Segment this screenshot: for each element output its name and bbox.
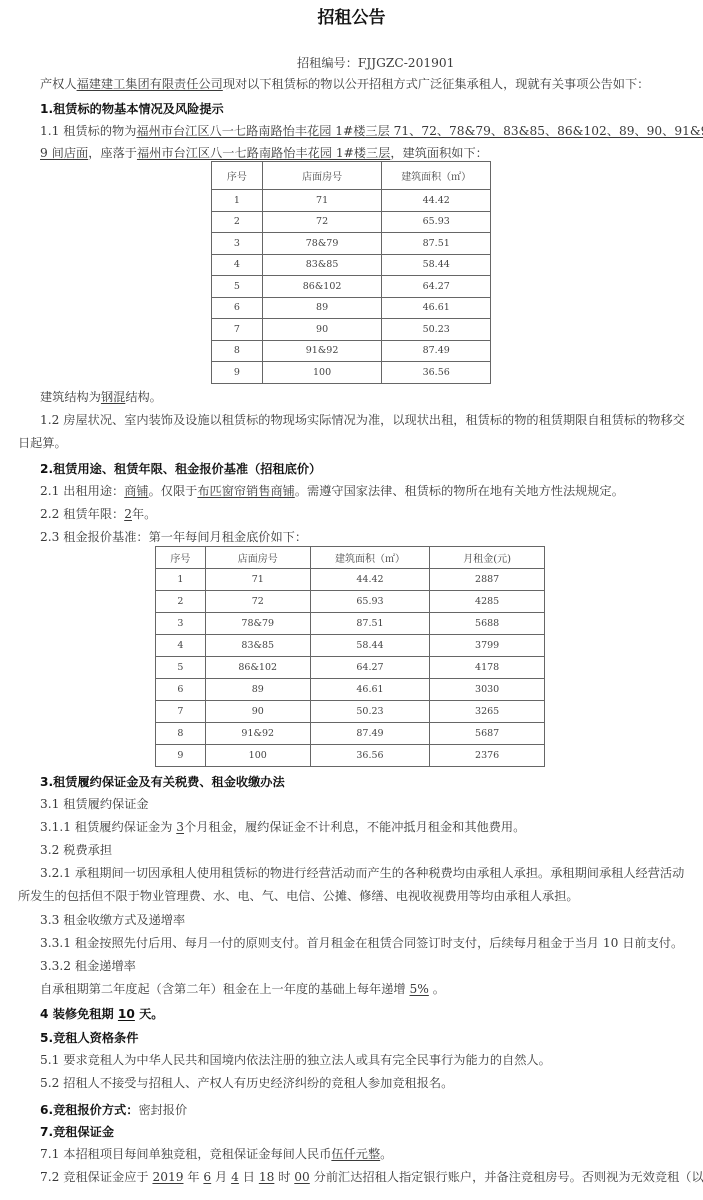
para-2-3: 2.3 租金报价基准：第一年每间月租金底价如下： bbox=[40, 530, 307, 545]
bid-method-value: 密封报价 bbox=[138, 1103, 187, 1117]
table-row: 891&9287.495687 bbox=[156, 723, 545, 745]
para-5-2: 5.2 招租人不接受与招租人、产权人有历史经济纠纷的竞租人参加竞租报名。 bbox=[40, 1076, 453, 1091]
para-5-1: 5.1 要求竞租人为中华人民共和国境内依法注册的独立法人或具有完全民事行为能力的… bbox=[40, 1053, 551, 1068]
section-6-heading: 6.竞租报价方式：密封报价 bbox=[40, 1099, 187, 1118]
para-3-1: 3.1 租赁履约保证金 bbox=[40, 797, 149, 812]
header-cell: 店面房号 bbox=[205, 547, 310, 569]
para-3-2: 3.2 税费承担 bbox=[40, 843, 112, 858]
section-2-heading: 2.租赁用途、租赁年限、租金报价基准（招租底价） bbox=[40, 460, 321, 477]
para-2-1: 2.1 出租用途：商铺。仅限于布匹窗帘销售商铺。需遵守国家法律、租赁标的物所在地… bbox=[40, 484, 624, 499]
para-1-2-line2: 日起算。 bbox=[18, 436, 67, 451]
para-3-3-1: 3.3.1 租金按照先付后用、每月一付的原则支付。首月租金在租赁合同签订时支付，… bbox=[40, 936, 683, 951]
table-row: 910036.562376 bbox=[156, 745, 545, 767]
para-3-2-1-line1: 3.2.1 承租期间一切因承租人使用租赁标的物进行经营活动而产生的各种税费均由承… bbox=[40, 866, 684, 881]
header-cell: 建筑面积（㎡） bbox=[310, 547, 430, 569]
section-3-heading: 3.租赁履约保证金及有关税费、租金收缴办法 bbox=[40, 773, 285, 790]
tender-number: 招租编号：FJJGZC-201901 bbox=[297, 56, 454, 71]
page-title: 招租公告 bbox=[0, 3, 703, 28]
section-4-heading: 4 装修免租期 10 天。 bbox=[40, 1005, 164, 1022]
table-row: 483&8558.443799 bbox=[156, 635, 545, 657]
para-1-1-line2: 9 间店面，座落于福州市台江区八一七路南路怡丰花园 1#楼三层，建筑面积如下： bbox=[40, 146, 488, 161]
table-row: 17144.42 bbox=[212, 190, 491, 212]
para-3-1-1: 3.1.1 租赁履约保证金为 3个月租金，履约保证金不计利息，不能冲抵月租金和其… bbox=[40, 820, 525, 835]
table-row: 378&7987.51 bbox=[212, 233, 491, 255]
intro-paragraph: 产权人福建建工集团有限责任公司现对以下租赁标的物以公开招租方式广泛征集承租人，现… bbox=[40, 77, 649, 92]
para-2-2: 2.2 租赁年限：2年。 bbox=[40, 507, 156, 522]
owner-name: 福建建工集团有限责任公司 bbox=[77, 77, 223, 91]
area-table: 序号 店面房号 建筑面积（㎡） 17144.42 27265.93 378&79… bbox=[211, 161, 491, 384]
table-row: 17144.422887 bbox=[156, 569, 545, 591]
table-row: 79050.233265 bbox=[156, 701, 545, 723]
section-5-heading: 5.竞租人资格条件 bbox=[40, 1029, 138, 1046]
table-row: 586&10264.274178 bbox=[156, 657, 545, 679]
table-row: 378&7987.515688 bbox=[156, 613, 545, 635]
header-cell: 建筑面积（㎡） bbox=[382, 162, 491, 190]
para-3-3-2: 3.3.2 租金递增率 bbox=[40, 959, 136, 974]
para-1-1-line1: 1.1 租赁标的物为福州市台江区八一七路南路怡丰花园 1#楼三层 71、72、7… bbox=[40, 124, 703, 139]
header-cell: 序号 bbox=[156, 547, 206, 569]
section-1-heading: 1.租赁标的物基本情况及风险提示 bbox=[40, 100, 224, 117]
header-cell: 店面房号 bbox=[262, 162, 382, 190]
table-header-row: 序号 店面房号 建筑面积（㎡） 月租金(元) bbox=[156, 547, 545, 569]
table-row: 891&9287.49 bbox=[212, 340, 491, 362]
para-7-2: 7.2 竞租保证金应于 2019 年 6 月 4 日 18 时 00 分前汇达招… bbox=[40, 1170, 703, 1185]
table-row: 27265.934285 bbox=[156, 591, 545, 613]
para-3-3-2-text: 自承租期第二年度起（含第二年）租金在上一年度的基础上每年递增 5% 。 bbox=[40, 982, 445, 997]
header-cell: 月租金(元) bbox=[430, 547, 545, 569]
section-7-heading: 7.竞租保证金 bbox=[40, 1123, 114, 1140]
table-header-row: 序号 店面房号 建筑面积（㎡） bbox=[212, 162, 491, 190]
table-row: 79050.23 bbox=[212, 319, 491, 341]
header-cell: 序号 bbox=[212, 162, 263, 190]
para-7-1: 7.1 本招租项目每间单独竞租，竞租保证金每间人民币伍仟元整。 bbox=[40, 1147, 392, 1162]
table-row: 68946.613030 bbox=[156, 679, 545, 701]
table-row: 68946.61 bbox=[212, 297, 491, 319]
para-1-2-line1: 1.2 房屋状况、室内装饰及设施以租赁标的物现场实际情况为准，以现状出租，租赁标… bbox=[40, 413, 685, 428]
rent-table: 序号 店面房号 建筑面积（㎡） 月租金(元) 17144.422887 2726… bbox=[155, 546, 545, 767]
table-row: 586&10264.27 bbox=[212, 276, 491, 298]
table-row: 27265.93 bbox=[212, 211, 491, 233]
table-row: 483&8558.44 bbox=[212, 254, 491, 276]
table-row: 910036.56 bbox=[212, 362, 491, 384]
structure-line: 建筑结构为钢混结构。 bbox=[40, 390, 162, 405]
para-3-2-1-line2: 所发生的包括但不限于物业管理费、水、电、气、电信、公摊、修缮、电视收视费用等均由… bbox=[18, 889, 579, 904]
para-3-3: 3.3 租金收缴方式及递增率 bbox=[40, 913, 185, 928]
